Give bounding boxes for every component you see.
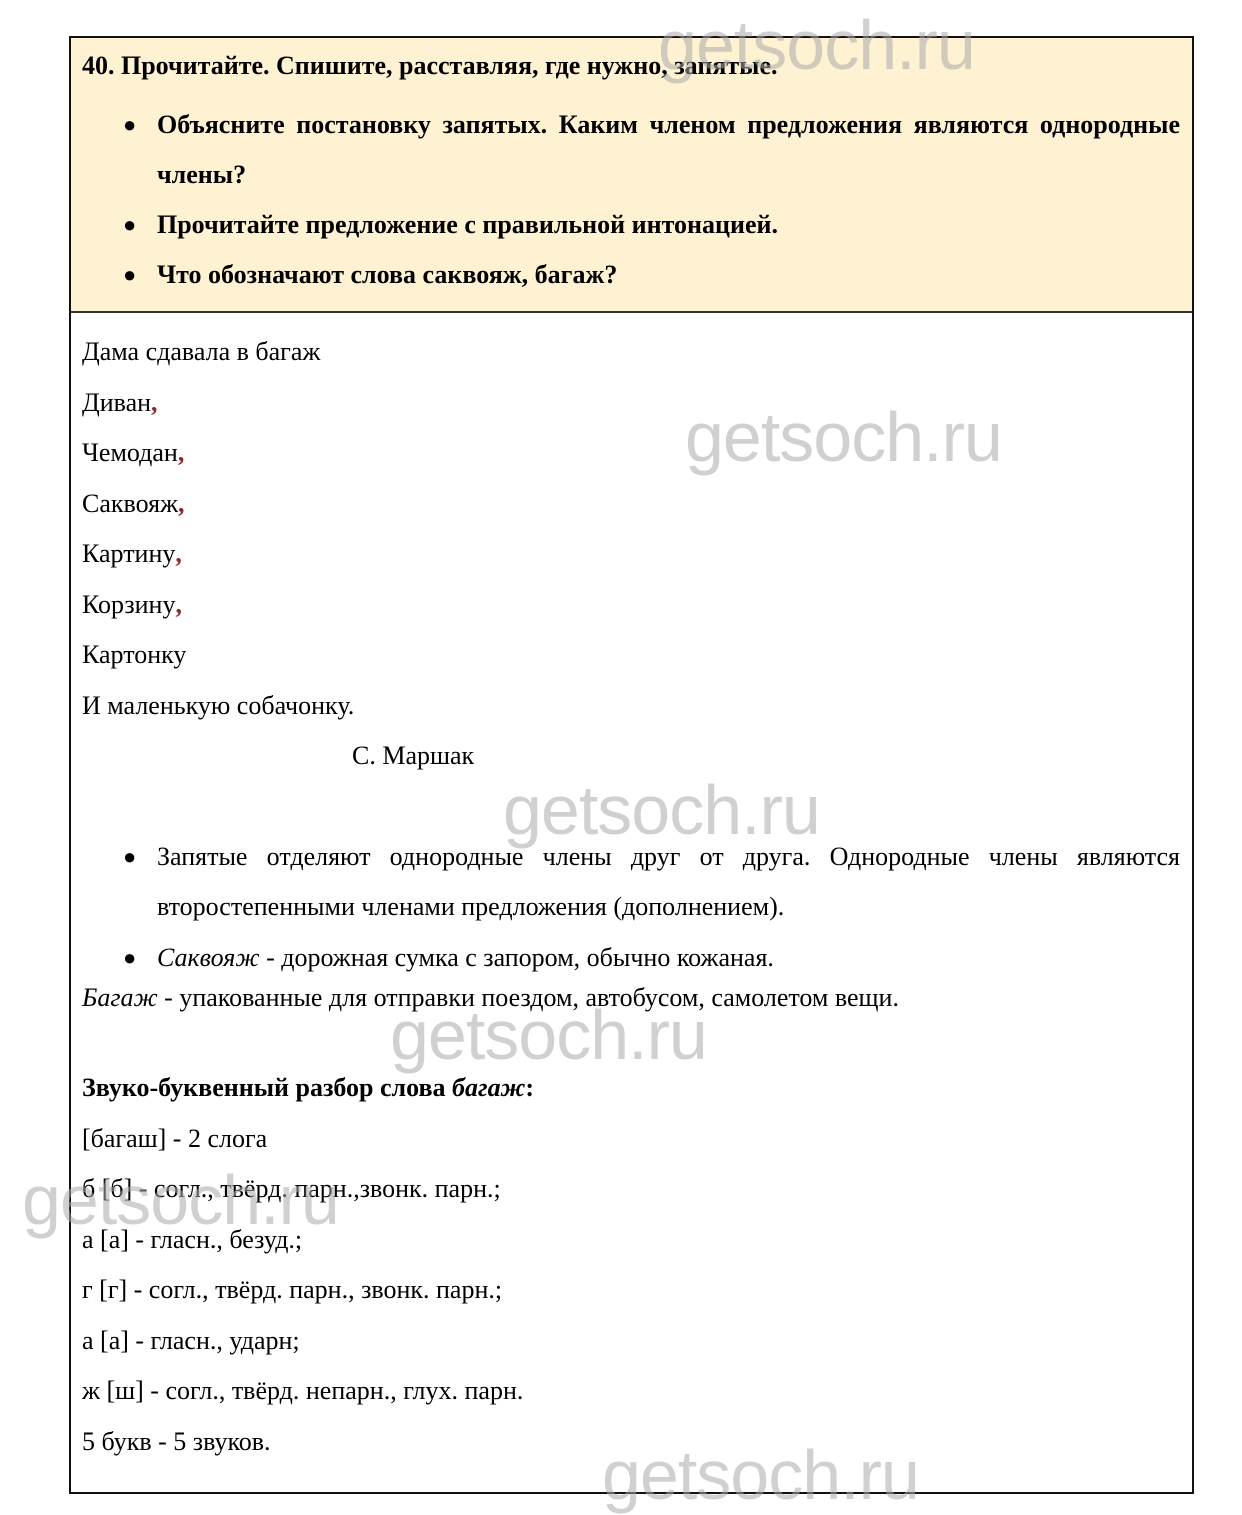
definition: - упакованные для отправки поездом, авто… <box>158 983 899 1012</box>
analysis-line: г [г] - согл., твёрд. парн., звонк. парн… <box>82 1265 1180 1316</box>
task-section: 40. Прочитайте. Спишите, расставляя, где… <box>71 38 1192 313</box>
inserted-comma: , <box>175 590 182 619</box>
inserted-comma: , <box>178 489 185 518</box>
poem-line-text: И маленькую собачонку. <box>82 691 354 720</box>
bullet-icon: ● <box>123 832 136 883</box>
bullet-icon: ● <box>123 250 136 300</box>
phonetic-analysis: Звуко-буквенный разбор слова багаж: [баг… <box>82 1063 1180 1467</box>
task-item: ● Прочитайте предложение с правильной ин… <box>82 200 1180 250</box>
analysis-word: багаж <box>452 1073 525 1102</box>
answer-section: Дама сдавала в багаж Диван, Чемодан, Сак… <box>71 313 1192 1467</box>
answer-item: ● Саквояж - дорожная сумка с запором, об… <box>82 933 1180 984</box>
analysis-heading-text: Звуко-буквенный разбор слова <box>82 1073 452 1102</box>
poem-line: Чемодан, <box>82 428 1180 479</box>
answers-list: ● Запятые отделяют однородные члены друг… <box>82 832 1180 984</box>
poem-line-text: Чемодан <box>82 438 178 467</box>
poem-line: Диван, <box>82 378 1180 429</box>
poem-line-text: Корзину <box>82 590 175 619</box>
poem-line-text: Картонку <box>82 640 186 669</box>
analysis-line: ж [ш] - согл., твёрд. непарн., глух. пар… <box>82 1366 1180 1417</box>
poem: Дама сдавала в багаж Диван, Чемодан, Сак… <box>82 327 1180 782</box>
task-title: 40. Прочитайте. Спишите, расставляя, где… <box>82 50 1180 100</box>
poem-author: С. Маршак <box>82 731 1180 782</box>
poem-line: Саквояж, <box>82 479 1180 530</box>
definition: - дорожная сумка с запором, обычно кожан… <box>260 943 774 972</box>
exercise-frame: 40. Прочитайте. Спишите, расставляя, где… <box>69 36 1194 1494</box>
spacer <box>82 782 1180 832</box>
task-list: ● Объясните постановку запятых. Каким чл… <box>82 100 1180 300</box>
analysis-line: а [а] - гласн., безуд.; <box>82 1215 1180 1266</box>
answer-text: Запятые отделяют однородные члены друг о… <box>157 842 1180 922</box>
poem-line: И маленькую собачонку. <box>82 681 1180 732</box>
bullet-icon: ● <box>123 200 136 250</box>
task-item: ● Что обозначают слова саквояж, багаж? <box>82 250 1180 300</box>
term: Саквояж <box>157 943 260 972</box>
inserted-comma: , <box>151 388 158 417</box>
analysis-line: [багаш] - 2 слога <box>82 1114 1180 1165</box>
poem-line: Картину, <box>82 529 1180 580</box>
analysis-heading: Звуко-буквенный разбор слова багаж: <box>82 1063 1180 1114</box>
poem-line: Картонку <box>82 630 1180 681</box>
poem-line: Дама сдавала в багаж <box>82 327 1180 378</box>
analysis-line: 5 букв - 5 звуков. <box>82 1417 1180 1468</box>
poem-line-text: Дама сдавала в багаж <box>82 337 320 366</box>
bullet-icon: ● <box>123 100 136 150</box>
spacer <box>82 1013 1180 1063</box>
poem-line: Корзину, <box>82 580 1180 631</box>
inserted-comma: , <box>175 539 182 568</box>
term: Багаж <box>82 983 158 1012</box>
poem-line-text: Саквояж <box>82 489 178 518</box>
task-item-text: Что обозначают слова саквояж, багаж? <box>157 260 617 289</box>
task-item-text: Прочитайте предложение с правильной инто… <box>157 210 778 239</box>
analysis-line: б [б] - согл., твёрд. парн.,звонк. парн.… <box>82 1164 1180 1215</box>
analysis-heading-colon: : <box>525 1073 534 1102</box>
task-item: ● Объясните постановку запятых. Каким чл… <box>82 100 1180 200</box>
answer-item: ● Запятые отделяют однородные члены друг… <box>82 832 1180 933</box>
task-item-text: Объясните постановку запятых. Каким член… <box>157 110 1180 189</box>
answer-item-continuation: Багаж - упакованные для отправки поездом… <box>82 983 1180 1013</box>
inserted-comma: , <box>178 438 185 467</box>
bullet-icon: ● <box>123 933 136 984</box>
poem-line-text: Картину <box>82 539 175 568</box>
poem-line-text: Диван <box>82 388 151 417</box>
analysis-line: а [а] - гласн., ударн; <box>82 1316 1180 1367</box>
